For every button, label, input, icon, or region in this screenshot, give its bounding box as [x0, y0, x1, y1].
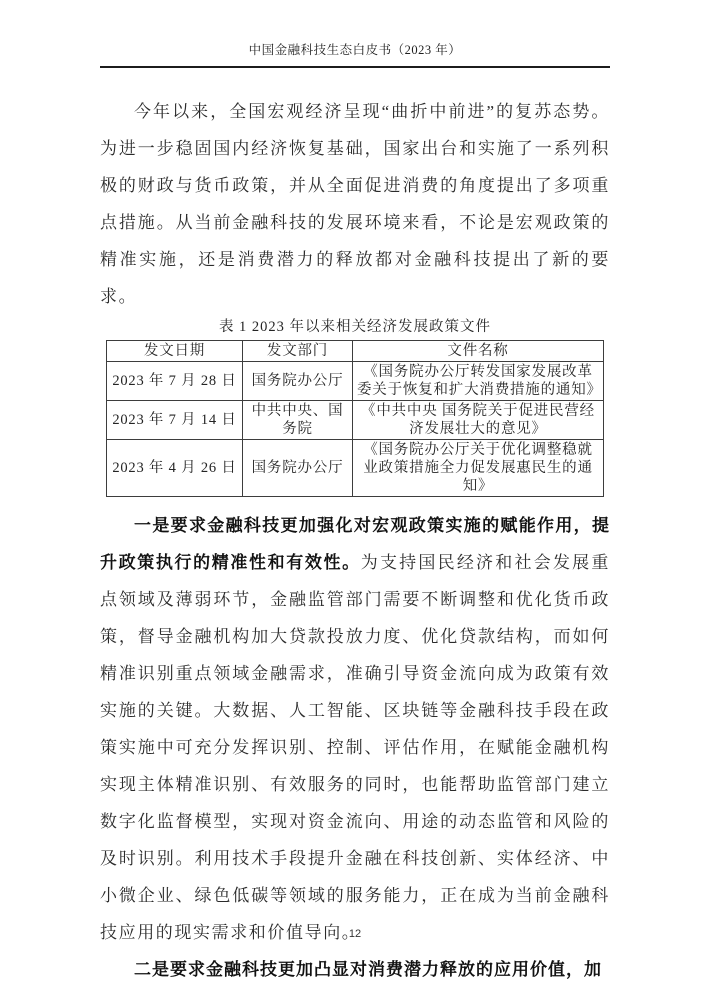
paragraph-point-two-lead: 二是要求金融科技更加凸显对消费潜力释放的应用价值，加 — [134, 960, 602, 979]
cell-date: 2023 年 7 月 28 日 — [107, 362, 243, 401]
column-header-department: 发文部门 — [243, 341, 353, 362]
column-header-document-name: 文件名称 — [353, 341, 604, 362]
table-row: 2023 年 7 月 14 日 中共中央、国务院 《中共中央 国务院关于促进民营… — [107, 401, 604, 440]
page-footer: 12 — [0, 928, 710, 940]
cell-department: 国务院办公厅 — [243, 440, 353, 497]
header-title: 中国金融科技生态白皮书（2023 年） — [0, 0, 710, 58]
paragraph-point-two: 二是要求金融科技更加凸显对消费潜力释放的应用价值，加 — [100, 951, 610, 988]
table-row: 2023 年 7 月 28 日 国务院办公厅 《国务院办公厅转发国家发展改革委关… — [107, 362, 604, 401]
paragraph-point-one-body: 为支持国民经济和社会发展重点领域及薄弱环节，金融监管部门需要不断调整和优化货币政… — [100, 553, 610, 942]
cell-document-name: 《国务院办公厅转发国家发展改革委关于恢复和扩大消费措施的通知》 — [353, 362, 604, 401]
table-caption: 表 1 2023 年以来相关经济发展政策文件 — [100, 317, 610, 337]
page-number: 12 — [349, 928, 361, 940]
policy-documents-table: 发文日期 发文部门 文件名称 2023 年 7 月 28 日 国务院办公厅 《国… — [106, 340, 604, 497]
cell-document-name: 《国务院办公厅关于优化调整稳就业政策措施全力促发展惠民生的通知》 — [353, 440, 604, 497]
paragraph-point-one: 一是要求金融科技更加强化对宏观政策实施的赋能作用，提升政策执行的精准性和有效性。… — [100, 507, 610, 951]
cell-document-name: 《中共中央 国务院关于促进民营经济发展壮大的意见》 — [353, 401, 604, 440]
document-page: 中国金融科技生态白皮书（2023 年） 今年以来，全国宏观经济呈现“曲折中前进”… — [0, 0, 710, 1004]
paragraph-intro: 今年以来，全国宏观经济呈现“曲折中前进”的复苏态势。为进一步稳固国内经济恢复基础… — [100, 93, 610, 315]
page-header: 中国金融科技生态白皮书（2023 年） — [0, 0, 710, 68]
table-row: 2023 年 4 月 26 日 国务院办公厅 《国务院办公厅关于优化调整稳就业政… — [107, 440, 604, 497]
cell-department: 国务院办公厅 — [243, 362, 353, 401]
cell-date: 2023 年 4 月 26 日 — [107, 440, 243, 497]
column-header-date: 发文日期 — [107, 341, 243, 362]
table-header-row: 发文日期 发文部门 文件名称 — [107, 341, 604, 362]
cell-department: 中共中央、国务院 — [243, 401, 353, 440]
header-rule — [100, 66, 610, 68]
cell-date: 2023 年 7 月 14 日 — [107, 401, 243, 440]
page-body: 今年以来，全国宏观经济呈现“曲折中前进”的复苏态势。为进一步稳固国内经济恢复基础… — [100, 93, 610, 988]
